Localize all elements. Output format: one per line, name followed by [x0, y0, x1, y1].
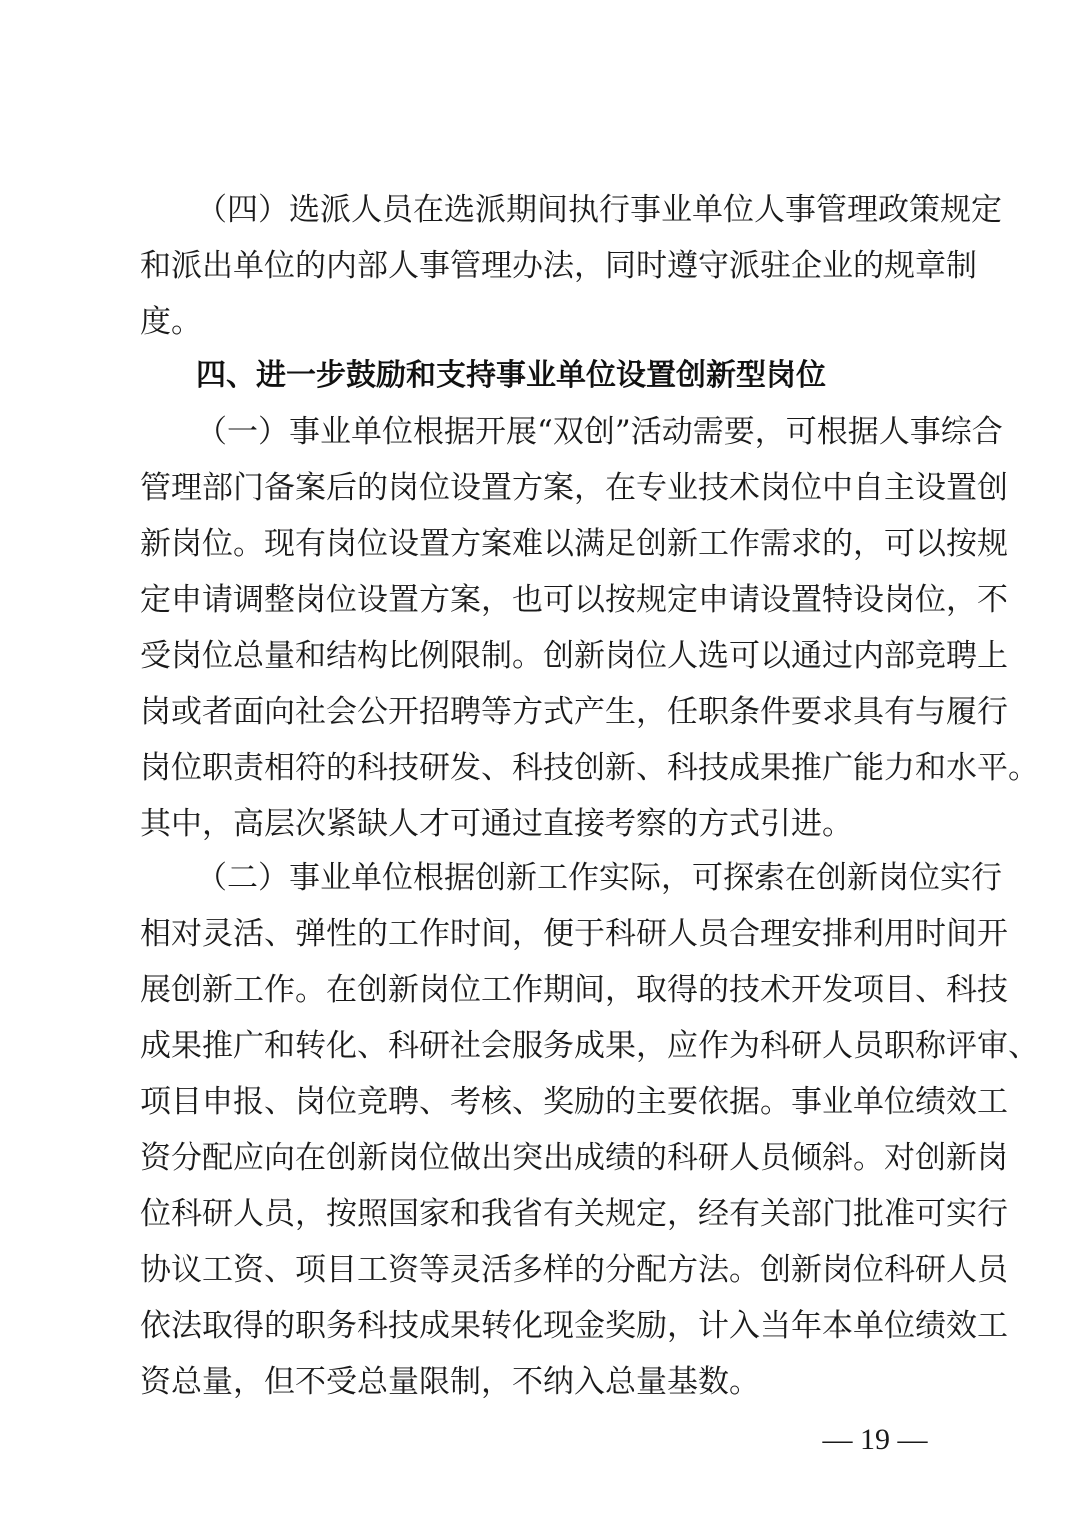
- paragraph-2-line-4: 成果推广和转化、科研社会服务成果，应作为科研人员职称评审、: [140, 1026, 940, 1066]
- paragraph-2-line-10: 资总量，但不受总量限制，不纳入总量基数。: [140, 1362, 940, 1402]
- paragraph-4-line-3: 度。: [140, 302, 940, 342]
- paragraph-1-line-8: 其中，高层次紧缺人才可通过直接考察的方式引进。: [140, 804, 940, 844]
- paragraph-2-line-5: 项目申报、岗位竞聘、考核、奖励的主要依据。事业单位绩效工: [140, 1082, 940, 1122]
- section-heading: 四、进一步鼓励和支持事业单位设置创新型岗位: [196, 356, 806, 396]
- paragraph-2-line-2: 相对灵活、弹性的工作时间，便于科研人员合理安排利用时间开: [140, 914, 940, 954]
- paragraph-2-line-3: 展创新工作。在创新岗位工作期间，取得的技术开发项目、科技: [140, 970, 940, 1010]
- paragraph-2-line-7: 位科研人员，按照国家和我省有关规定，经有关部门批准可实行: [140, 1194, 940, 1234]
- paragraph-1-line-7: 岗位职责相符的科技研发、科技创新、科技成果推广能力和水平。: [140, 748, 940, 788]
- paragraph-1-line-1: （一）事业单位根据开展“双创”活动需要，可根据人事综合: [196, 412, 940, 452]
- paragraph-1-line-4: 定申请调整岗位设置方案，也可以按规定申请设置特设岗位，不: [140, 580, 940, 620]
- paragraph-1-line-5: 受岗位总量和结构比例限制。创新岗位人选可以通过内部竞聘上: [140, 636, 940, 676]
- paragraph-1-line-2: 管理部门备案后的岗位设置方案，在专业技术岗位中自主设置创: [140, 468, 940, 508]
- page-number: — 19 —: [820, 1420, 930, 1460]
- paragraph-1-line-6: 岗或者面向社会公开招聘等方式产生，任职条件要求具有与履行: [140, 692, 940, 732]
- paragraph-4-line-1: （四）选派人员在选派期间执行事业单位人事管理政策规定: [196, 190, 940, 230]
- paragraph-2-line-9: 依法取得的职务科技成果转化现金奖励，计入当年本单位绩效工: [140, 1306, 940, 1346]
- paragraph-4-line-2: 和派出单位的内部人事管理办法，同时遵守派驻企业的规章制: [140, 246, 940, 286]
- paragraph-1-line-3: 新岗位。现有岗位设置方案难以满足创新工作需求的，可以按规: [140, 524, 940, 564]
- document-page: （四）选派人员在选派期间执行事业单位人事管理政策规定 和派出单位的内部人事管理办…: [0, 0, 1074, 1520]
- paragraph-2-line-8: 协议工资、项目工资等灵活多样的分配方法。创新岗位科研人员: [140, 1250, 940, 1290]
- paragraph-2-line-1: （二）事业单位根据创新工作实际，可探索在创新岗位实行: [196, 858, 940, 898]
- paragraph-2-line-6: 资分配应向在创新岗位做出突出成绩的科研人员倾斜。对创新岗: [140, 1138, 940, 1178]
